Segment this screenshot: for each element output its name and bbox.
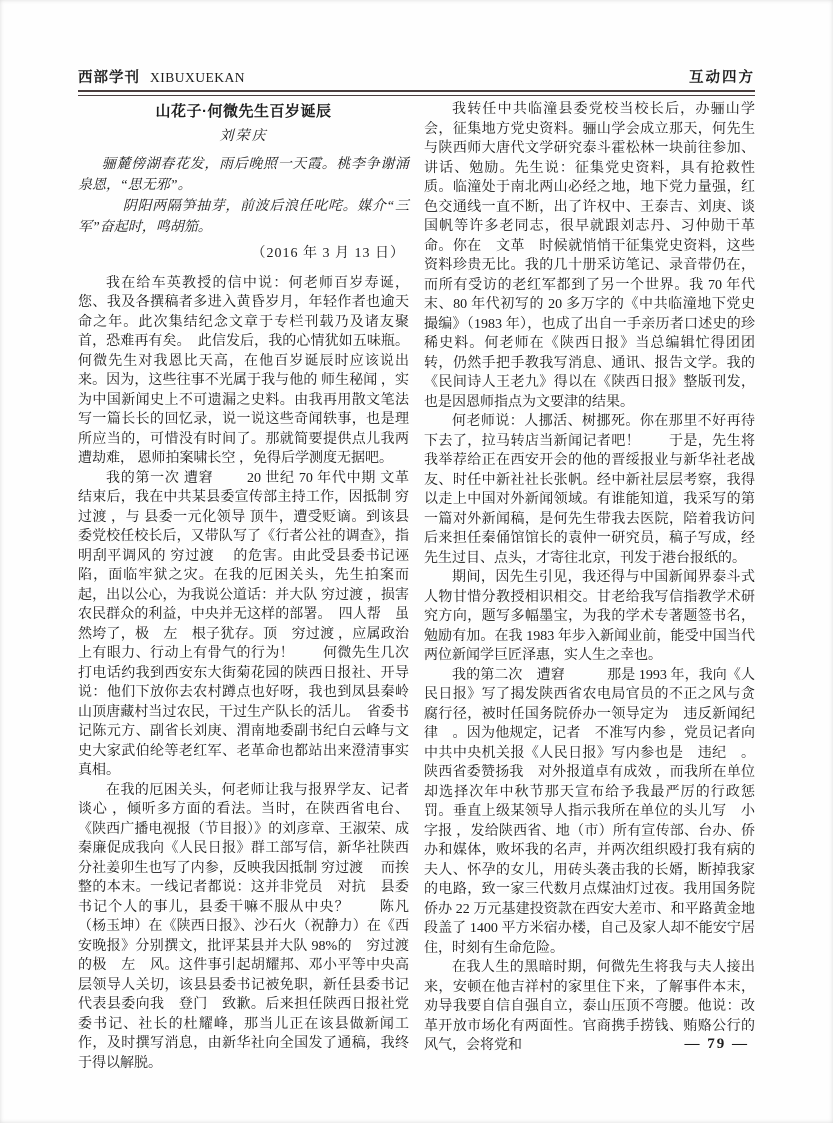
poem: 骊麓傍湖春花发，雨后晚照一天霞。桃李争谢涌泉恩，“思无邪”。 阴阳两隔笋抽芽，前… [78, 154, 409, 238]
body-paragraph: 在我的厄困关头，何老师让我与报界学友、记者 谈心 ，倾听多方面的看法。当时，在陕… [78, 781, 409, 1074]
journal-title-chinese: 西部学刊 [78, 70, 140, 86]
article-author: 刘荣庆 [78, 127, 409, 147]
body-paragraph: 我的第一次 遭窘 20 世纪 70 年代中期 文革 结束后，我在中共某县委宣传部… [78, 469, 409, 781]
left-column: 山花子·何微先生百岁诞辰 刘荣庆 骊麓傍湖春花发，雨后晚照一天霞。桃李争谢涌泉恩… [78, 100, 409, 1073]
poem-stanza-1: 骊麓傍湖春花发，雨后晚照一天霞。桃李争谢涌泉恩，“思无邪”。 [78, 154, 409, 196]
journal-page: 西部学刊XIBUXUEKAN 互动四方 山花子·何微先生百岁诞辰 刘荣庆 骊麓傍… [0, 0, 833, 1123]
body-paragraph: 我的第二次 遭窘 那是 1993 年，我向《人民日报》写了揭发陕西省农电局官员的… [424, 666, 755, 959]
page-header: 西部学刊XIBUXUEKAN 互动四方 [78, 66, 755, 87]
article-body: 山花子·何微先生百岁诞辰 刘荣庆 骊麓傍湖春花发，雨后晚照一天霞。桃李争谢涌泉恩… [78, 100, 755, 1073]
poem-date: （2016 年 3 月 13 日） [78, 244, 405, 264]
poem-stanza-2: 阴阳两隔笋抽芽，前波后浪任叱咤。媒介“三军”奋起时，鸣胡笳。 [78, 196, 409, 238]
body-paragraph: 期间，因先生引见，我还得与中国新闻界泰斗式人物甘惜分教授相识相交。甘老给我写信指… [424, 568, 755, 666]
page-number: — 79 — [685, 1036, 750, 1053]
section-label: 互动四方 [689, 66, 755, 87]
journal-title-pinyin: XIBUXUEKAN [150, 70, 245, 85]
header-rule [78, 90, 755, 96]
body-paragraph: 我在给车英教授的信中说：何老师百岁寿诞，您、我及各撰稿者多进入黄昏岁月，年轻作者… [78, 274, 409, 469]
body-paragraph: 我转任中共临潼县委党校当校长后，办骊山学会，征集地方党史资料。骊山学会成立那天，… [424, 100, 755, 412]
journal-title: 西部学刊XIBUXUEKAN [78, 66, 245, 87]
right-column: 我转任中共临潼县委党校当校长后，办骊山学会，征集地方党史资料。骊山学会成立那天，… [424, 100, 755, 1073]
article-title: 山花子·何微先生百岁诞辰 [78, 102, 409, 122]
body-paragraph: 何老师说：人挪活、树挪死。你在那里不好再待下去了，拉马转店当新闻记者吧！ 于是，… [424, 412, 755, 568]
